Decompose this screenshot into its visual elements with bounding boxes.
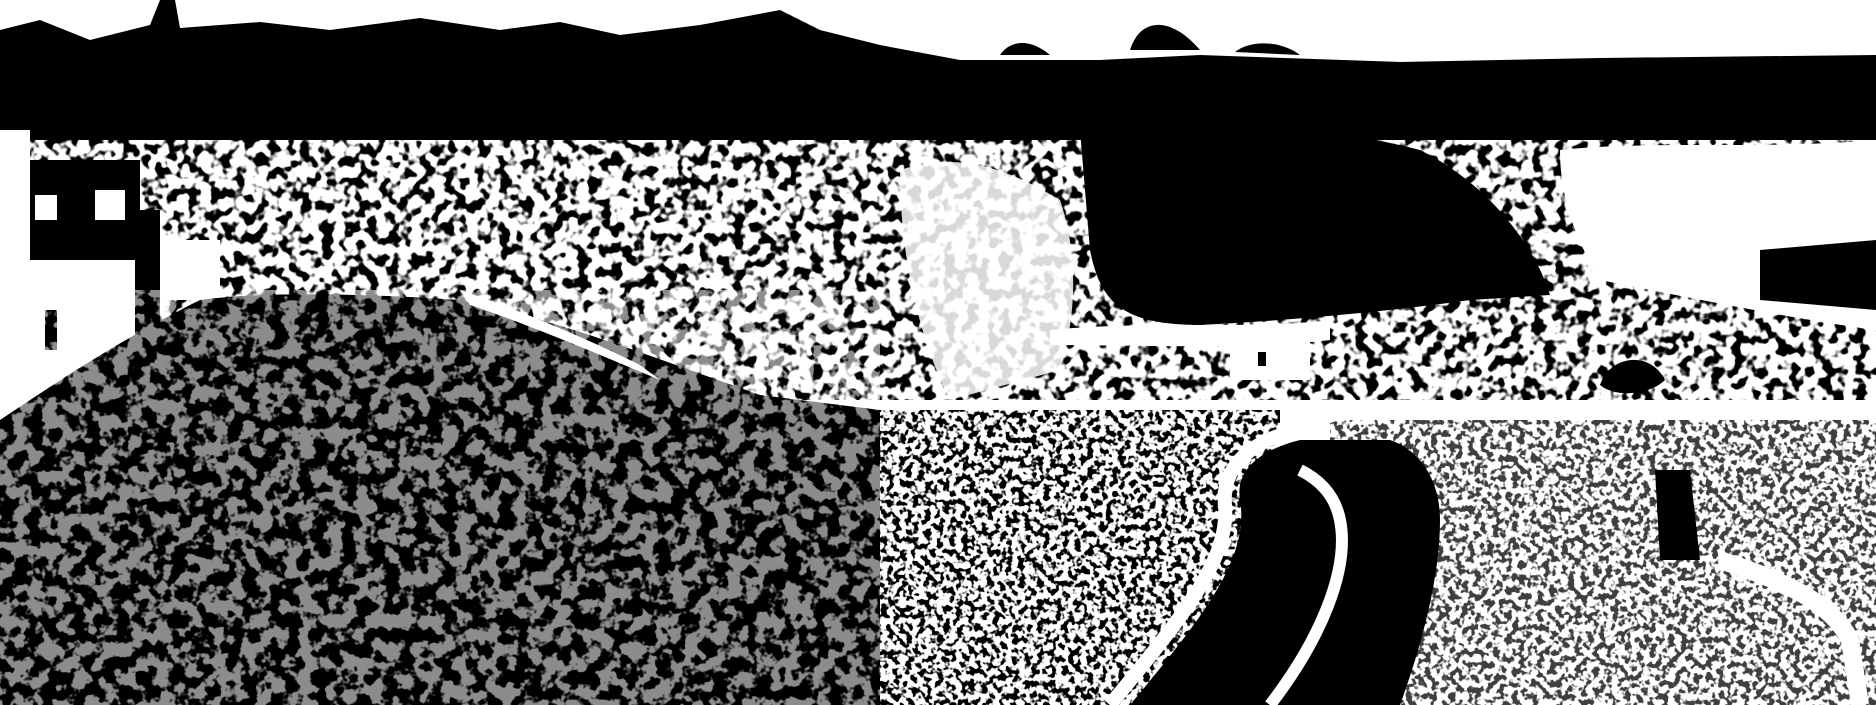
white-house [1230, 335, 1310, 380]
binarized-landscape-photo [0, 0, 1876, 705]
